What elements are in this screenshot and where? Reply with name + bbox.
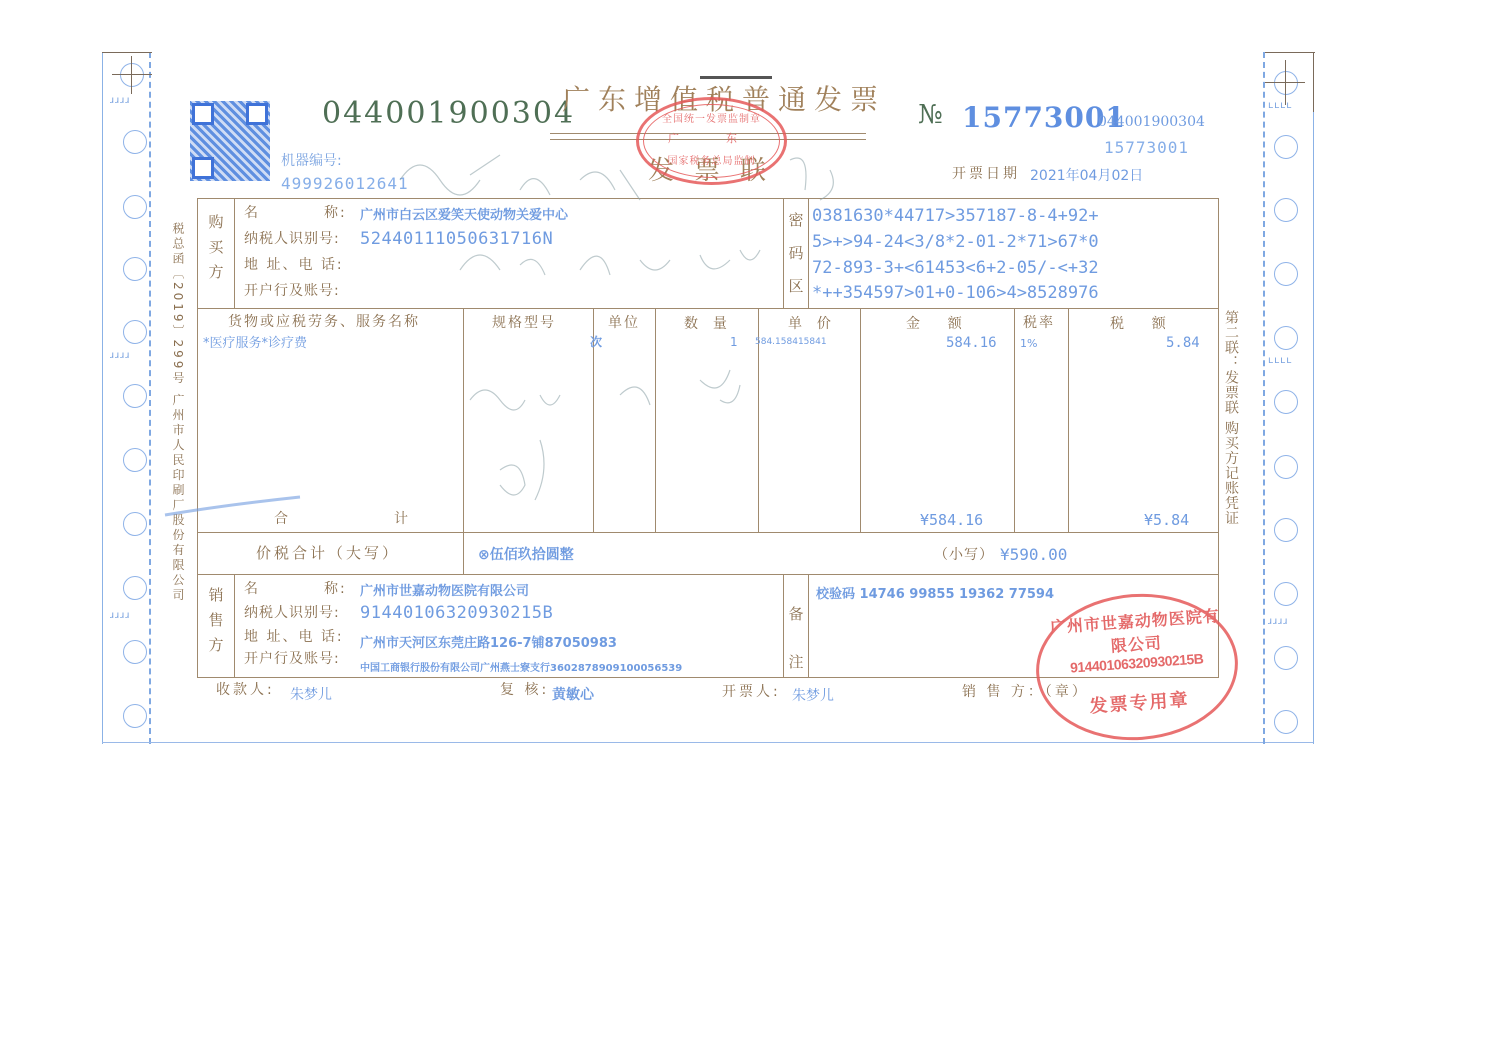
handwriting-scribbles: [0, 0, 1500, 1060]
